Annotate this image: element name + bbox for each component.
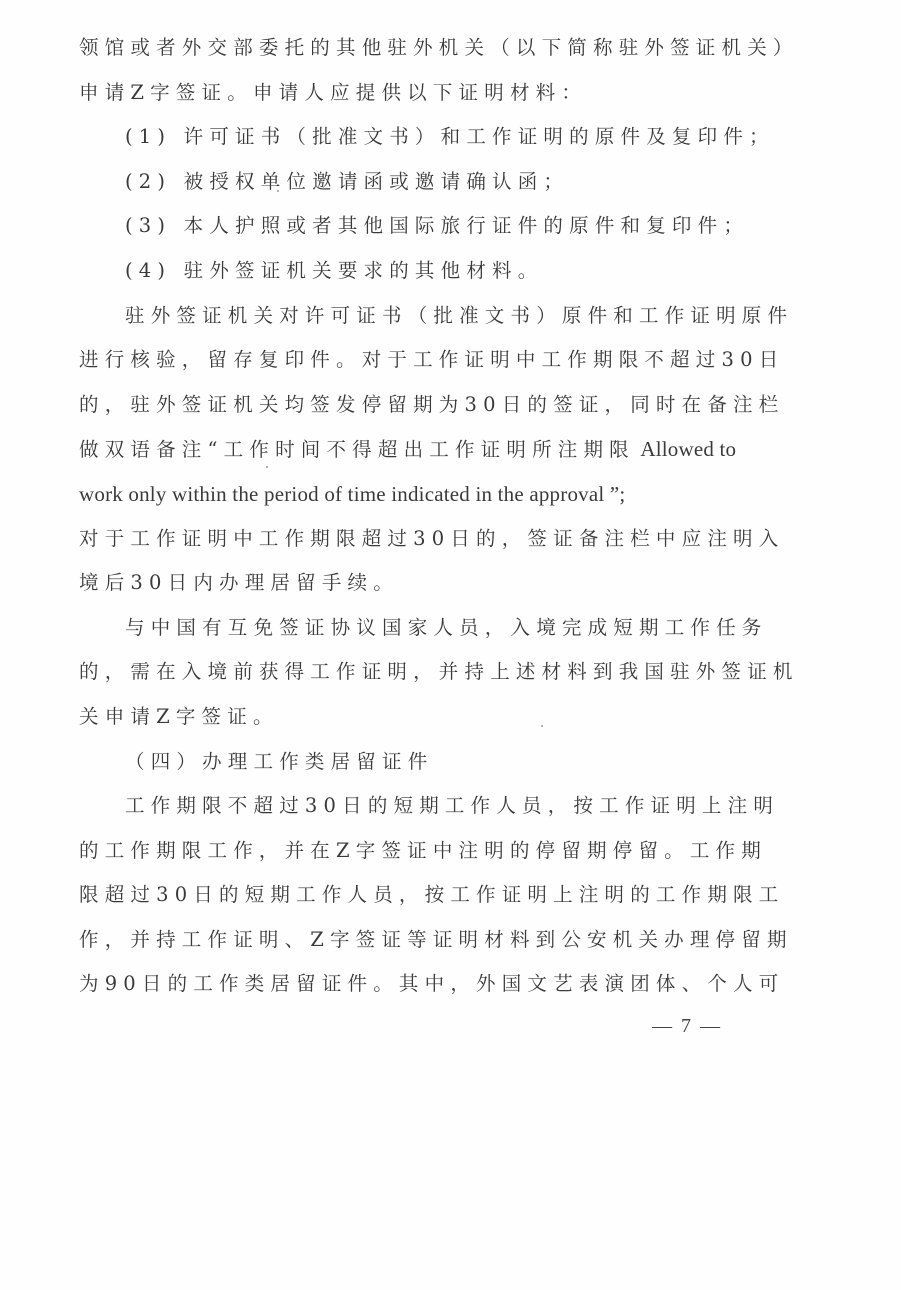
line-text: 领馆或者外交部委托的其他驻外机关（以下简称驻外签证机关）	[79, 36, 799, 59]
paragraph-start: 与中国有互免签证协议国家人员，入境完成短期工作任务	[79, 606, 751, 651]
line-text: 做双语备注“工作时间不得超出工作证明所注期限	[79, 438, 635, 461]
text-line: 申请Z字签证。申请人应提供以下证明材料：	[79, 71, 751, 116]
text-line: 关申请Z字签证。	[79, 695, 751, 740]
line-text: (4) 驻外签证机关要求的其他材料。	[125, 259, 543, 282]
list-item-2: (2) 被授权单位邀请函或邀请确认函；	[79, 160, 751, 205]
document-page: 领馆或者外交部委托的其他驻外机关（以下简称驻外签证机关） 申请Z字签证。申请人应…	[0, 0, 901, 1290]
line-text: (1) 许可证书（批准文书）和工作证明的原件及复印件；	[125, 125, 775, 148]
text-line: 对于工作证明中工作期限超过30日的，签证备注栏中应注明入	[79, 517, 751, 562]
scan-speck	[541, 725, 543, 727]
line-text: 的，驻外签证机关均签发停留期为30日的签证，同时在备注栏	[79, 393, 784, 416]
text-line: 进行核验，留存复印件。对于工作证明中工作期限不超过30日	[79, 338, 751, 383]
line-text: 对于工作证明中工作期限超过30日的，签证备注栏中应注明入	[79, 527, 784, 550]
line-text: 为90日的工作类居留证件。其中，外国文艺表演团体、个人可	[79, 972, 784, 995]
text-line: 的工作期限工作，并在Z字签证中注明的停留期停留。工作期	[79, 829, 751, 874]
line-text: 作，并持工作证明、Z字签证等证明材料到公安机关办理停留期	[79, 928, 793, 951]
list-item-3: (3) 本人护照或者其他国际旅行证件的原件和复印件；	[79, 204, 751, 249]
line-text: 的工作期限工作，并在Z字签证中注明的停留期停留。工作期	[79, 839, 767, 862]
text-line: 作，并持工作证明、Z字签证等证明材料到公安机关办理停留期	[79, 918, 751, 963]
line-text: 境后30日内办理居留手续。	[79, 571, 399, 594]
latin-text: work only within the period of time indi…	[79, 482, 625, 506]
paragraph-start: 工作期限不超过30日的短期工作人员，按工作证明上注明	[79, 784, 751, 829]
heading-text: （四）办理工作类居留证件	[125, 750, 433, 773]
line-text: 与中国有互免签证协议国家人员，入境完成短期工作任务	[125, 616, 768, 639]
list-item-4: (4) 驻外签证机关要求的其他材料。	[79, 249, 751, 294]
section-heading: （四）办理工作类居留证件	[79, 740, 751, 785]
line-text: 驻外签证机关对许可证书（批准文书）原件和工作证明原件	[125, 304, 793, 327]
text-line: 的，驻外签证机关均签发停留期为30日的签证，同时在备注栏	[79, 383, 751, 428]
line-text: 限超过30日的短期工作人员，按工作证明上注明的工作期限工	[79, 883, 784, 906]
line-text: 关申请Z字签证。	[79, 705, 279, 728]
line-text: 进行核验，留存复印件。对于工作证明中工作期限不超过30日	[79, 348, 784, 371]
body-text: 领馆或者外交部委托的其他驻外机关（以下简称驻外签证机关） 申请Z字签证。申请人应…	[79, 26, 751, 1007]
line-text: (3) 本人护照或者其他国际旅行证件的原件和复印件；	[125, 214, 749, 237]
text-line: 限超过30日的短期工作人员，按工作证明上注明的工作期限工	[79, 873, 751, 918]
line-text: 工作期限不超过30日的短期工作人员，按工作证明上注明	[125, 794, 779, 817]
text-line: work only within the period of time indi…	[79, 472, 751, 517]
line-text: (2) 被授权单位邀请函或邀请确认函；	[125, 170, 569, 193]
list-item-1: (1) 许可证书（批准文书）和工作证明的原件及复印件；	[79, 115, 751, 160]
text-line: 为90日的工作类居留证件。其中，外国文艺表演团体、个人可	[79, 962, 751, 1007]
text-line: 领馆或者外交部委托的其他驻外机关（以下简称驻外签证机关）	[79, 26, 751, 71]
paragraph-start: 驻外签证机关对许可证书（批准文书）原件和工作证明原件	[79, 294, 751, 339]
line-text: 的，需在入境前获得工作证明，并持上述材料到我国驻外签证机	[79, 660, 799, 683]
page-number: — 7 —	[642, 1015, 732, 1038]
scan-speck	[266, 466, 268, 468]
text-line: 做双语备注“工作时间不得超出工作证明所注期限 Allowed to	[79, 427, 751, 472]
text-line: 境后30日内办理居留手续。	[79, 561, 751, 606]
line-text: 申请Z字签证。申请人应提供以下证明材料：	[79, 81, 587, 104]
latin-text: Allowed to	[635, 437, 736, 461]
scan-speck	[277, 190, 279, 192]
text-line: 的，需在入境前获得工作证明，并持上述材料到我国驻外签证机	[79, 650, 751, 695]
